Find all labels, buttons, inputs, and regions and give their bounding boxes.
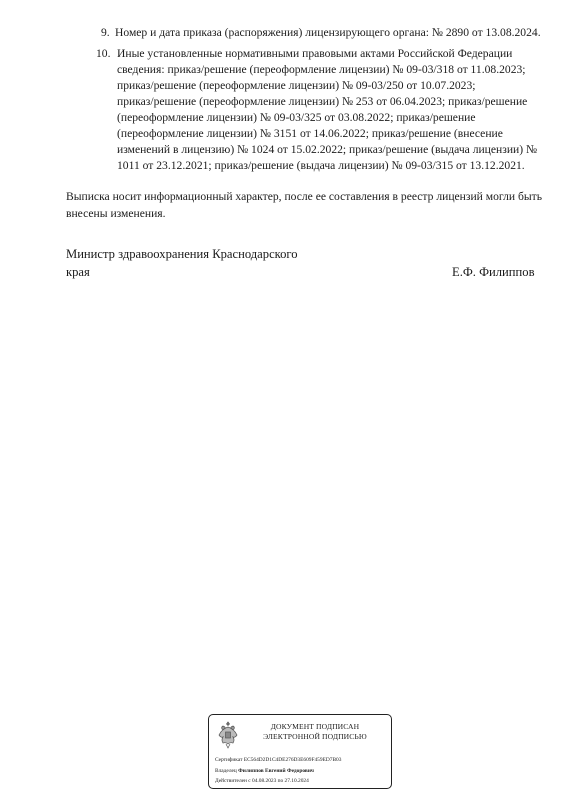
notice-line: Выписка носит информационный характер, п… [66, 188, 546, 205]
stamp-heading-line: ЭЛЕКТРОННОЙ ПОДПИСЬЮ [245, 732, 385, 742]
notice-line: внесены изменения. [66, 205, 546, 222]
item-number: 10. [96, 46, 111, 62]
item-text-line: сведения: приказ/решение (переоформление… [117, 62, 536, 78]
item-text-line: Иные установленные нормативными правовым… [117, 46, 536, 62]
owner-value: Филиппов Евгений Федорович [238, 768, 314, 774]
item-text-line: (переоформление лицензии) № 09-03/325 от… [117, 110, 536, 126]
validity-value: с 04.08.2023 по 27.10.2024 [248, 778, 309, 784]
disclaimer-notice: Выписка носит информационный характер, п… [66, 188, 546, 222]
stamp-details: Сертификат EC564D2D1C4DE276D3E609F459ED7… [215, 755, 341, 787]
validity-row: Действителен с 04.08.2023 по 27.10.2024 [215, 776, 341, 787]
owner-label: Владелец [215, 768, 237, 774]
item-text: Иные установленные нормативными правовым… [96, 46, 536, 174]
signatory-name: Е.Ф. Филиппов [452, 263, 535, 281]
list-item-9: 9. Номер и дата приказа (распоряжения) л… [101, 25, 561, 41]
certificate-value: EC564D2D1C4DE276D3E609F459ED7B03 [244, 757, 342, 763]
list-item-10: 10. Иные установленные нормативными прав… [96, 46, 536, 174]
item-text-line: приказ/решение (переоформление лицензии)… [117, 94, 536, 110]
stamp-heading-line: ДОКУМЕНТ ПОДПИСАН [245, 722, 385, 732]
signatory-title: Министр здравоохранения Краснодарского к… [66, 245, 298, 281]
certificate-label: Сертификат [215, 757, 242, 763]
item-text-line: 1011 от 23.12.2021; приказ/решение (выда… [117, 158, 536, 174]
signatory-title-line: края [66, 263, 298, 281]
stamp-heading: ДОКУМЕНТ ПОДПИСАН ЭЛЕКТРОННОЙ ПОДПИСЬЮ [245, 722, 385, 742]
certificate-row: Сертификат EC564D2D1C4DE276D3E609F459ED7… [215, 755, 341, 766]
item-text: Номер и дата приказа (распоряжения) лице… [101, 26, 541, 39]
item-text-line: (переоформление лицензии) № 3151 от 14.0… [117, 126, 536, 142]
coat-of-arms-icon [217, 720, 239, 750]
item-number: 9. [101, 25, 110, 41]
signatory-title-line: Министр здравоохранения Краснодарского [66, 245, 298, 263]
item-text-line: приказ/решение (переоформление лицензии)… [117, 78, 536, 94]
document-page: 9. Номер и дата приказа (распоряжения) л… [0, 0, 565, 800]
item-text-line: изменений в лицензию) № 1024 от 15.02.20… [117, 142, 536, 158]
owner-row: Владелец Филиппов Евгений Федорович [215, 766, 341, 777]
electronic-signature-stamp: ДОКУМЕНТ ПОДПИСАН ЭЛЕКТРОННОЙ ПОДПИСЬЮ С… [208, 714, 392, 789]
validity-label: Действителен [215, 778, 247, 784]
